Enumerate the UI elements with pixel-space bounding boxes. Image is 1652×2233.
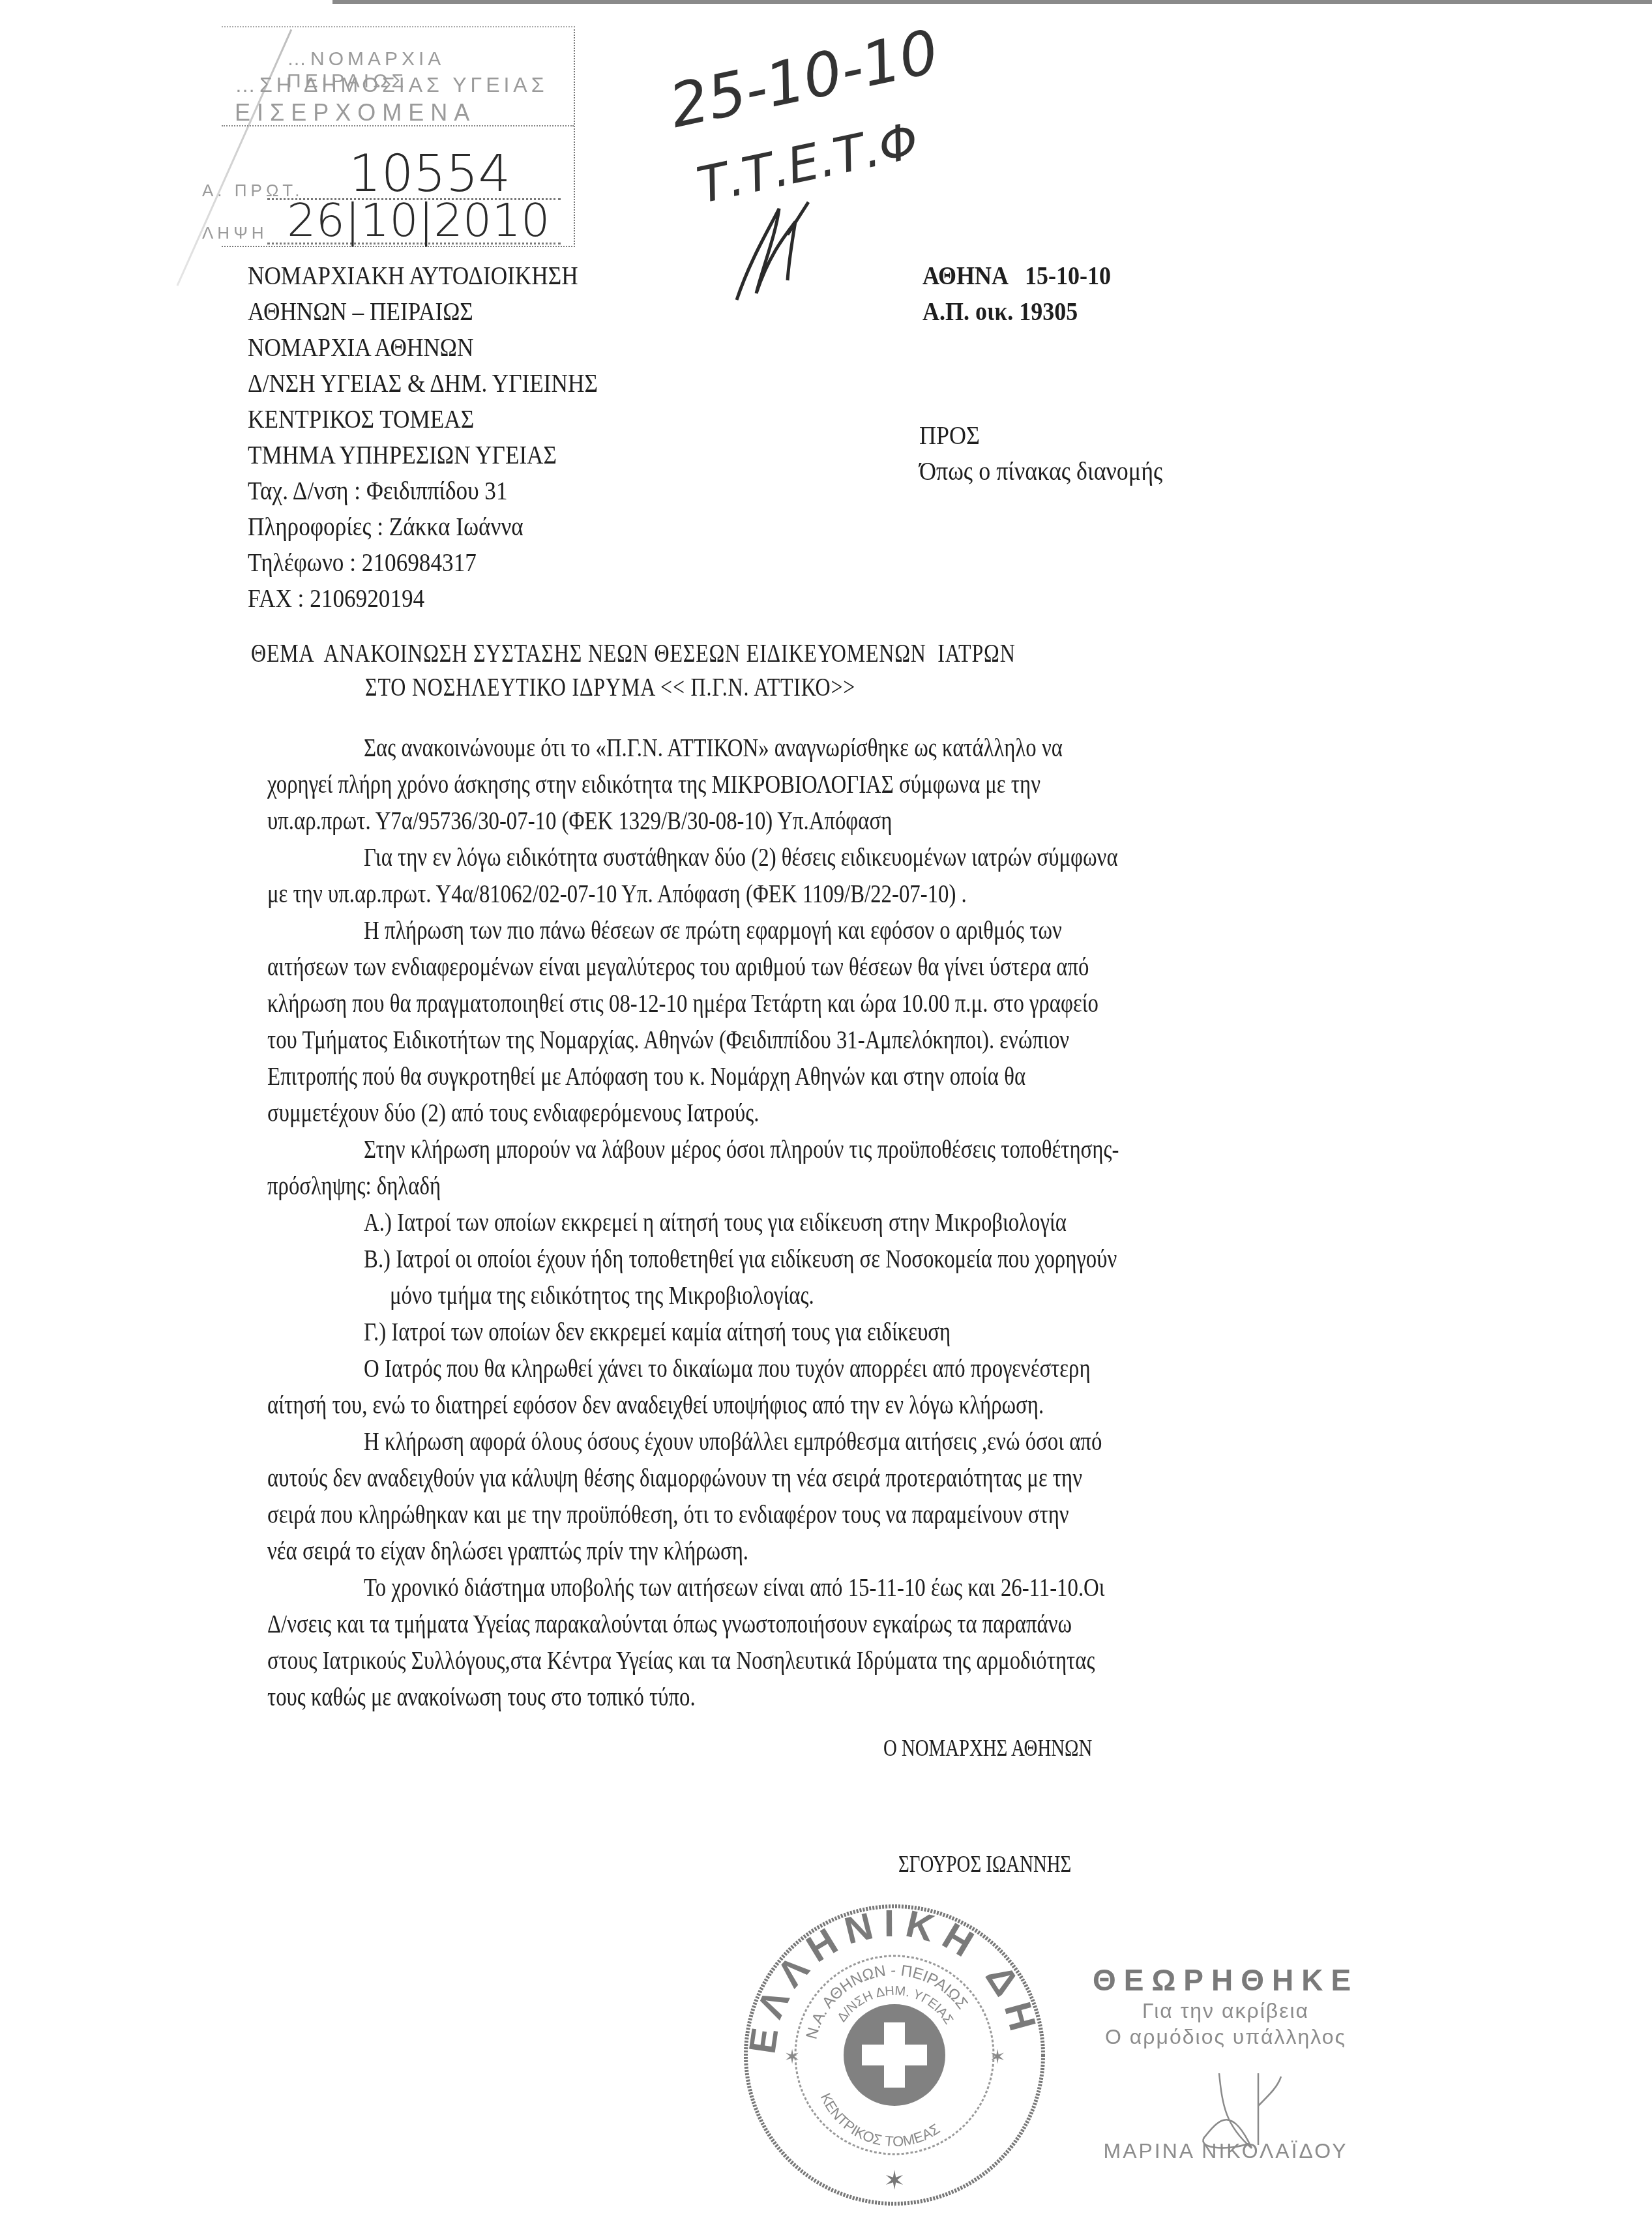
reviewer-signature: [1180, 2067, 1310, 2152]
sender-line: ΑΘΗΝΩΝ – ΠΕΙΡΑΙΩΣ: [248, 293, 598, 329]
body-line: Το χρονικό διάστημα υποβολής των αιτήσεω…: [267, 1569, 1190, 1605]
handwritten-initials: [724, 196, 815, 306]
body-line: αίτησή του, ενώ το διατηρεί εφόσον δεν α…: [267, 1386, 1190, 1423]
body-line: του Τμήματος Ειδικοτήτων της Νομαρχίας. …: [267, 1021, 1190, 1057]
scan-edge: [332, 0, 1652, 4]
letter-body: Σας ανακοινώνουμε ότι το «Π.Γ.Ν. ΑΤΤΙΚΟΝ…: [267, 729, 1421, 1715]
sender-fax: FAX : 2106920194: [248, 580, 598, 616]
body-line: Η πλήρωση των πιο πάνω θέσεων σε πρώτη ε…: [267, 911, 1190, 948]
sender-contact-person: Πληροφορίες : Ζάκκα Ιωάννα: [248, 509, 598, 544]
body-line: κλήρωση που θα πραγματοποιηθεί στις 08-1…: [267, 984, 1190, 1021]
sender-block: ΝΟΜΑΡΧΙΑΚΗ ΑΥΤΟΔΙΟΙΚΗΣΗ ΑΘΗΝΩΝ – ΠΕΙΡΑΙΩ…: [248, 258, 598, 616]
body-line: στους Ιατρικούς Συλλόγους,στα Κέντρα Υγε…: [267, 1642, 1190, 1678]
official-seal: ΕΛΛΗΝΙΚΗ ΔΗΜΟΚΡΑΤΙΑ Ν.Α. ΑΘΗΝΩΝ - ΠΕΙΡΑΙ…: [737, 1897, 1053, 2213]
body-line: μόνο τμήμα της ειδικότητος της Μικροβιολ…: [267, 1277, 1190, 1313]
review-title: ΘΕΩΡΗΘΗΚΕ: [1069, 1962, 1382, 1998]
sender-line: Δ/ΝΣΗ ΥΓΕΙΑΣ & ΔΗΜ. ΥΓΙΕΙΝΗΣ: [248, 365, 598, 401]
body-line: αιτήσεων των ενδιαφερομένων είναι μεγαλύ…: [267, 948, 1190, 984]
subject-line-1: ΘΕΜΑ ΑΝΑΚΟΙΝΩΣΗ ΣΥΣΤΑΣΗΣ ΝΕΩΝ ΘΕΣΕΩΝ ΕΙΔ…: [251, 638, 1016, 668]
body-line: Γ.) Ιατροί των οποίων δεν εκκρεμεί καμία…: [267, 1313, 1190, 1350]
body-line: Δ/νσεις και τα τμήματα Υγείας παρακαλούν…: [267, 1605, 1190, 1642]
recipient-label: ΠΡΟΣ: [919, 417, 980, 453]
seal-star-icon: ✶: [989, 2047, 1005, 2068]
body-line: Α.) Ιατροί των οποίων εκκρεμεί η αίτησή …: [267, 1204, 1190, 1240]
signatory-title: Ο ΝΟΜΑΡΧΗΣ ΑΘΗΝΩΝ: [883, 1734, 1092, 1762]
review-line-1: Για την ακρίβεια: [1069, 1998, 1382, 2024]
sender-line: ΤΜΗΜΑ ΥΠΗΡΕΣΙΩΝ ΥΓΕΙΑΣ: [248, 437, 598, 473]
place-date-text: ΑΘΗΝΑ 15-10-10: [922, 261, 1111, 290]
sender-phone: Τηλέφωνο : 2106984317: [248, 544, 598, 580]
body-line: Ο Ιατρός που θα κληρωθεί χάνει το δικαίω…: [267, 1350, 1190, 1386]
body-line: σειρά που κληρώθηκαν και με την προϋπόθε…: [267, 1496, 1190, 1532]
body-line: πρόσληψης: δηλαδή: [267, 1167, 1190, 1204]
sender-line: ΝΟΜΑΡΧΙΑΚΗ ΑΥΤΟΔΙΟΙΚΗΣΗ: [248, 258, 598, 293]
body-line: Επιτροπής πού θα συγκροτηθεί με Απόφαση …: [267, 1057, 1190, 1094]
stamp-divider: [222, 125, 574, 126]
subject-text-1: ΘΕΜΑ ΑΝΑΚΟΙΝΩΣΗ ΣΥΣΤΑΣΗΣ ΝΕΩΝ ΘΕΣΕΩΝ ΕΙΔ…: [251, 638, 1016, 668]
body-line: με την υπ.αρ.πρωτ. Υ4α/81062/02-07-10 Υπ…: [267, 875, 1190, 911]
sender-line: ΚΕΝΤΡΙΚΟΣ ΤΟΜΕΑΣ: [248, 401, 598, 437]
stamp-line-2: …ΣΗ ΔΗΜΟΣΙΑΣ ΥΓΕΙΑΣ: [235, 73, 548, 97]
body-line: Στην κλήρωση μπορούν να λάβουν μέρος όσο…: [267, 1131, 1190, 1167]
seal-star-icon: ✶: [784, 2047, 800, 2068]
seal-star-icon: ✶: [883, 2166, 906, 2195]
place-date: ΑΘΗΝΑ 15-10-10: [922, 258, 1111, 293]
stamp-line-3: ΕΙΣΕΡΧΟΜΕΝΑ: [235, 99, 476, 126]
body-line: Β.) Ιατροί οι οποίοι έχουν ήδη τοποθετηθ…: [267, 1240, 1190, 1277]
body-line: χορηγεί πλήρη χρόνο άσκησης στην ειδικότ…: [267, 765, 1190, 802]
body-line: νέα σειρά το είχαν δηλώσει γραπτώς πρίν …: [267, 1532, 1190, 1569]
review-stamp: ΘΕΩΡΗΘΗΚΕ Για την ακρίβεια Ο αρμόδιος υπ…: [1069, 1962, 1382, 2164]
body-line: Για την εν λόγω ειδικότητα συστάθηκαν δύ…: [267, 838, 1190, 875]
body-line: τους καθώς με ανακοίνωση τους στο τοπικό…: [267, 1678, 1190, 1715]
signatory-name: ΣΓΟΥΡΟΣ ΙΩΑΝΝΗΣ: [898, 1850, 1071, 1878]
recipient-value: Όπως ο πίνακας διανομής: [919, 453, 1162, 489]
subject-line-2: ΣΤΟ ΝΟΣΗΛΕΥΤΙΚΟ ΙΔΡΥΜΑ << Π.Γ.Ν. ΑΤΤΙΚΟ>…: [365, 672, 855, 702]
date-label: ΛΗΨΗ: [202, 223, 268, 243]
sender-address: Ταχ. Δ/νση : Φειδιππίδου 31: [248, 473, 598, 509]
body-line: αυτούς δεν αναδειχθούν για κάλυψη θέσης …: [267, 1459, 1190, 1496]
body-line: υπ.αρ.πρωτ. Υ7α/95736/30-07-10 (ΦΕΚ 1329…: [267, 802, 1190, 838]
sender-line: ΝΟΜΑΡΧΙΑ ΑΘΗΝΩΝ: [248, 329, 598, 365]
body-line: Σας ανακοινώνουμε ότι το «Π.Γ.Ν. ΑΤΤΙΚΟΝ…: [267, 729, 1190, 765]
incoming-stamp: …ΝΟΜΑΡΧΙΑ ΠΕΙΡΑΙΩΣ …ΣΗ ΔΗΜΟΣΙΑΣ ΥΓΕΙΑΣ Ε…: [222, 26, 575, 247]
body-line: συμμετέχουν δύο (2) από τους ενδιαφερόμε…: [267, 1094, 1190, 1131]
body-line: Η κλήρωση αφορά όλους όσους έχουν υποβάλ…: [267, 1423, 1190, 1459]
review-line-2: Ο αρμόδιος υπάλληλος: [1069, 2024, 1382, 2050]
protocol-number-line: Α.Π. οικ. 19305: [922, 293, 1078, 329]
received-date: 26|10|2010: [287, 194, 550, 247]
